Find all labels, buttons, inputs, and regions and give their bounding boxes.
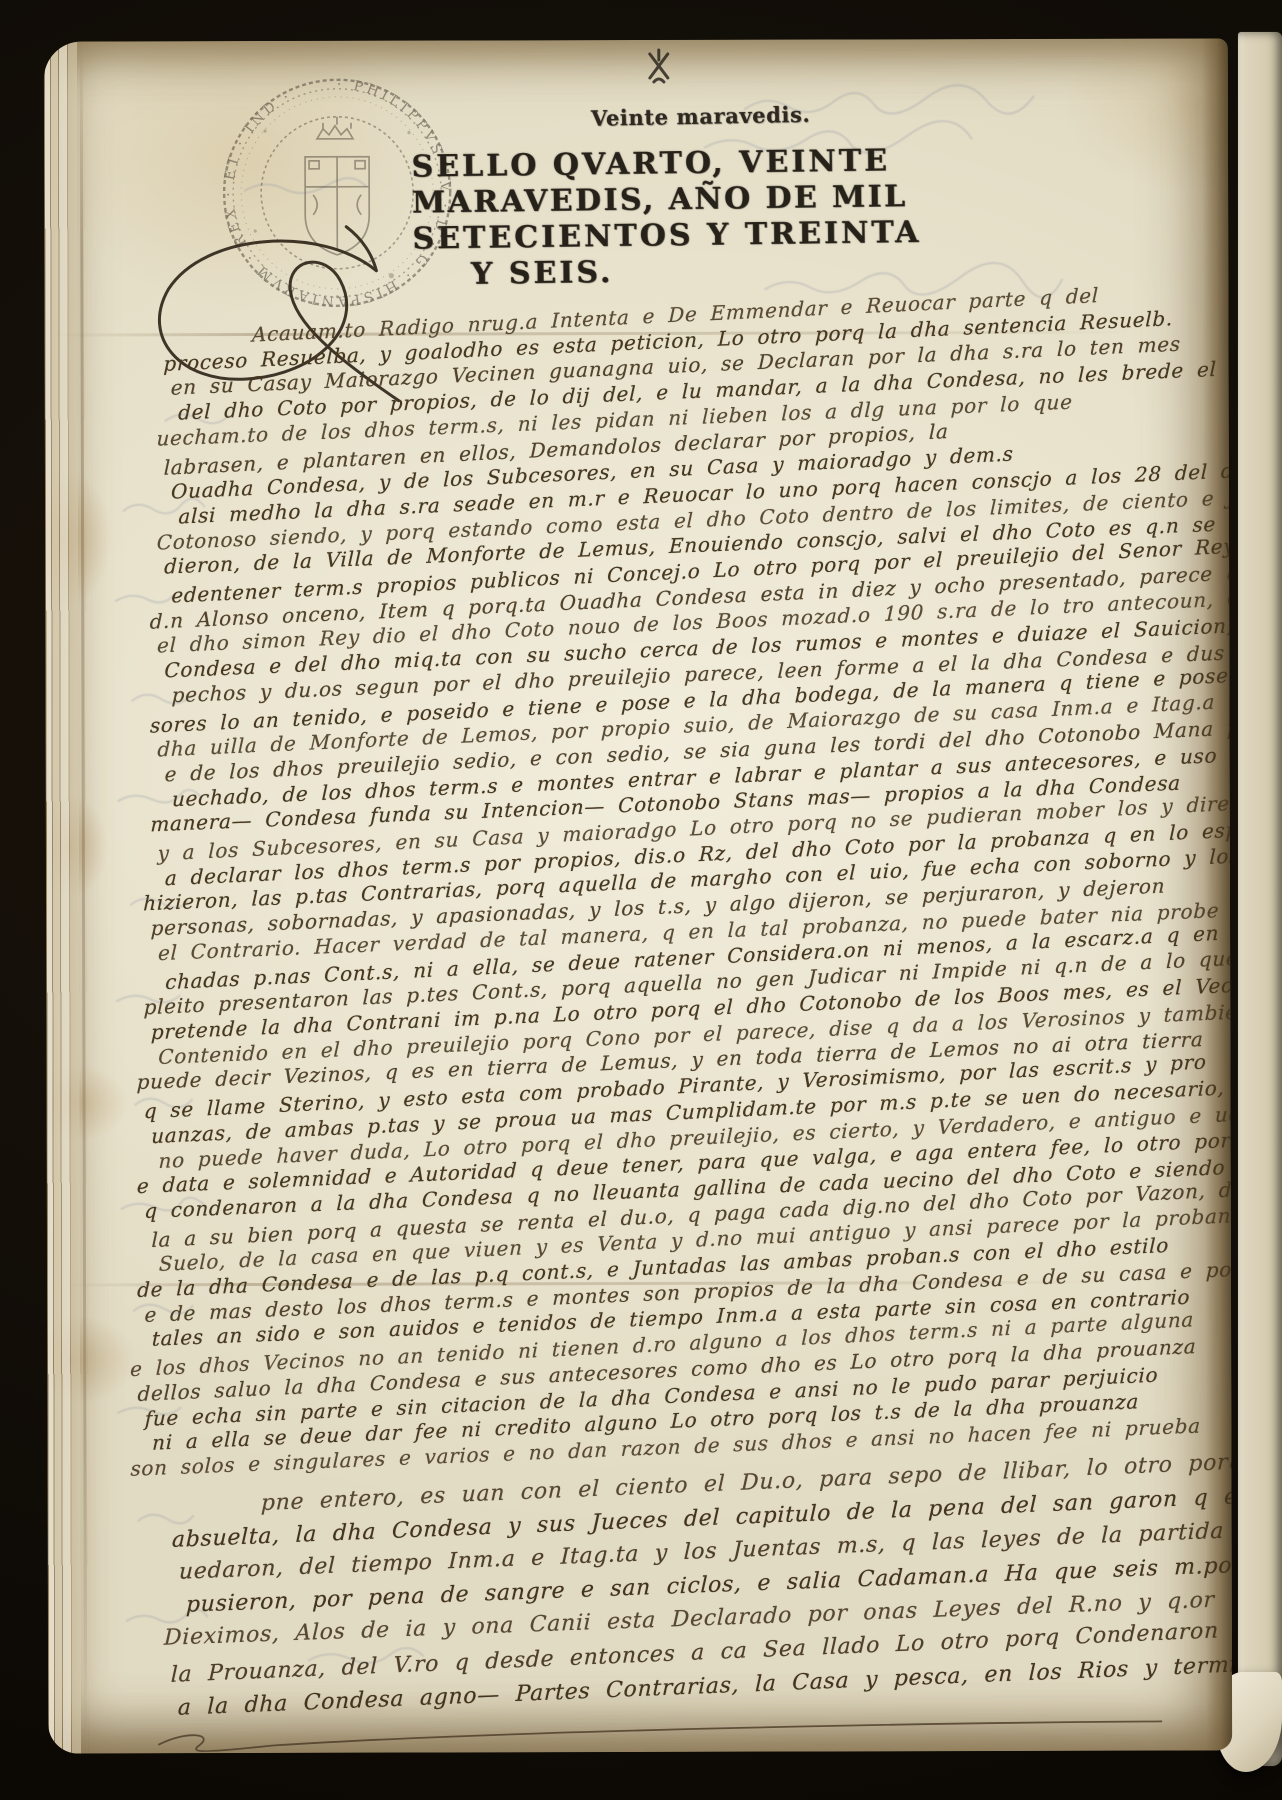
top-annotation: Veinte maravedis. bbox=[591, 102, 811, 131]
manuscript-photo: · PHILIPPVS · V · D · G · HISPANIARVM · … bbox=[0, 0, 1282, 1800]
stamp-line: Y SEIS. bbox=[471, 250, 973, 293]
manuscript-body: Acauam.to Radigo nrug.a Intenta e De Emm… bbox=[126, 278, 1232, 1484]
manuscript-closing: pne entero, es uan con el ciento el Du.o… bbox=[158, 1447, 1232, 1725]
tax-stamp-text: SELLO QVARTO, VEINTEMARAVEDIS, AÑO DE MI… bbox=[411, 142, 973, 293]
adjacent-page-edge bbox=[1238, 32, 1282, 1766]
printers-cross-icon bbox=[642, 46, 676, 86]
manuscript-page: · PHILIPPVS · V · D · G · HISPANIARVM · … bbox=[44, 38, 1232, 1753]
